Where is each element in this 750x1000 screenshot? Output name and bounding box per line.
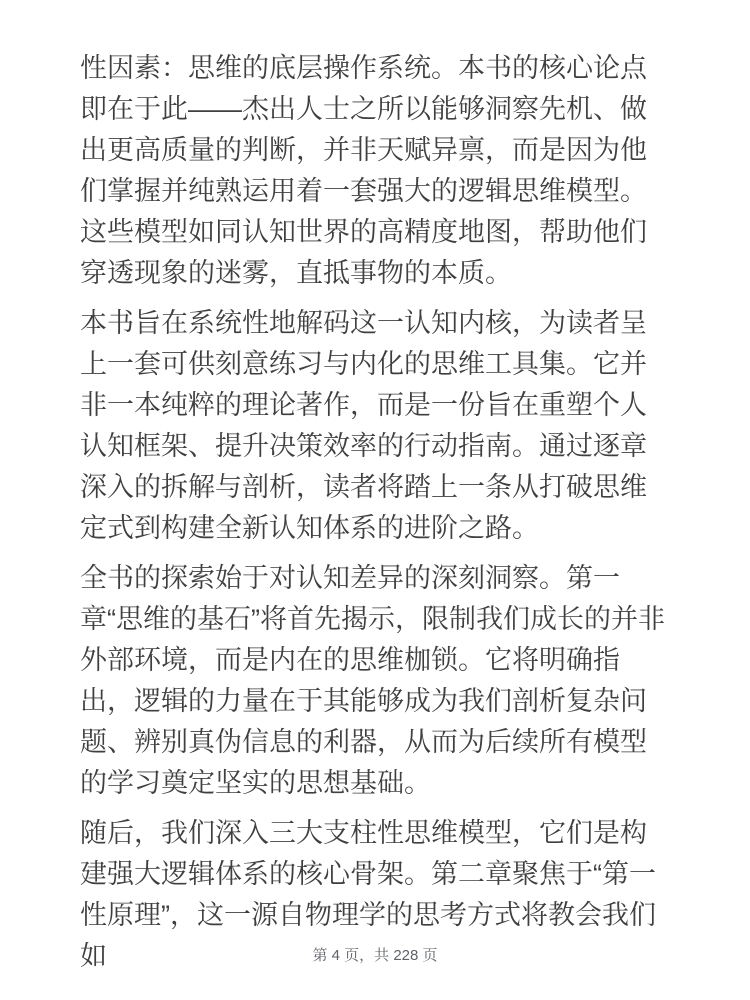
body-paragraph: 性因素：思维的底层操作系统。本书的核心论点即在于此——杰出人士之所以能够洞察先机… <box>80 48 672 294</box>
page-number-footer: 第 4 页，共 228 页 <box>0 946 750 966</box>
document-content: 性因素：思维的底层操作系统。本书的核心论点即在于此——杰出人士之所以能够洞察先机… <box>80 48 672 986</box>
body-paragraph: 全书的探索始于对认知差异的深刻洞察。第一章“思维的基石”将首先揭示，限制我们成长… <box>80 558 672 804</box>
body-paragraph: 本书旨在系统性地解码这一认知内核，为读者呈上一套可供刻意练习与内化的思维工具集。… <box>80 303 672 549</box>
document-page: 性因素：思维的底层操作系统。本书的核心论点即在于此——杰出人士之所以能够洞察先机… <box>0 0 750 1000</box>
